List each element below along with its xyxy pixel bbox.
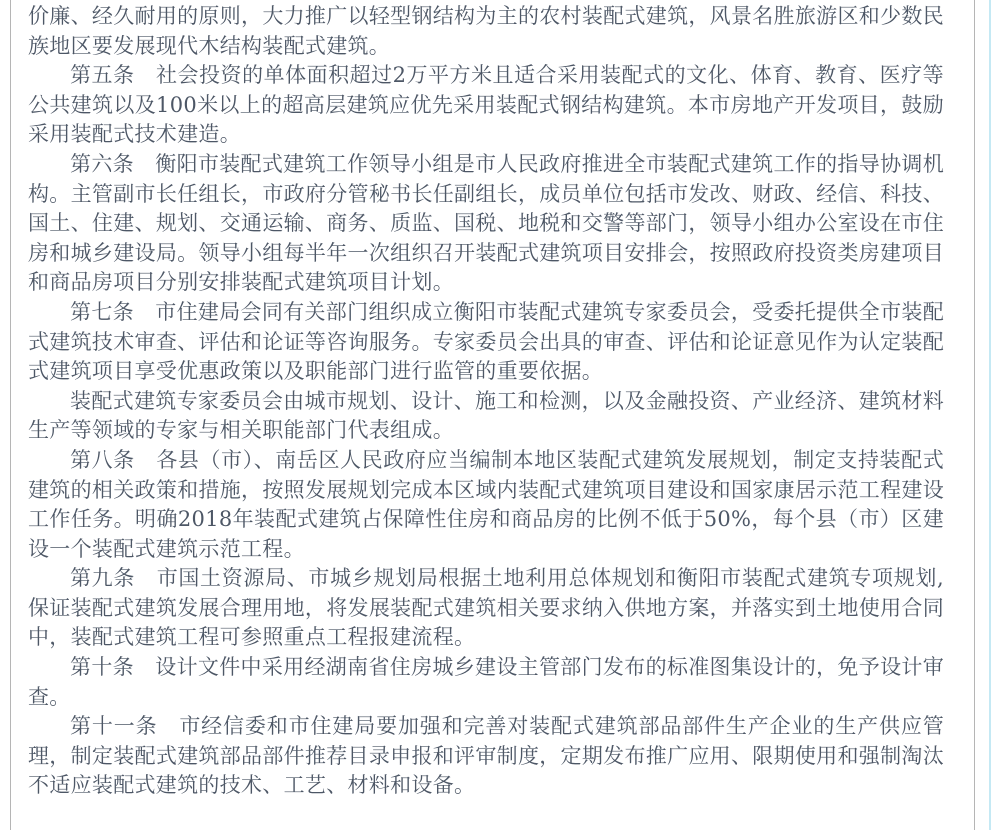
paragraph: 第五条 社会投资的单体面积超过2万平方米且适合采用装配式的文化、体育、教育、医疗… — [28, 61, 944, 150]
document-page: 价廉、经久耐用的原则，大力推广以轻型钢结构为主的农村装配式建筑，风景名胜旅游区和… — [10, 0, 975, 830]
paragraph: 价廉、经久耐用的原则，大力推广以轻型钢结构为主的农村装配式建筑，风景名胜旅游区和… — [28, 2, 944, 61]
paragraph: 第九条 市国土资源局、市城乡规划局根据土地利用总体规划和衡阳市装配式建筑专项规划… — [28, 564, 944, 653]
paragraph: 装配式建筑专家委员会由城市规划、设计、施工和检测，以及金融投资、产业经济、建筑材… — [28, 387, 944, 446]
right-edge-line — [989, 0, 991, 830]
document-viewport: 价廉、经久耐用的原则，大力推广以轻型钢结构为主的农村装配式建筑，风景名胜旅游区和… — [0, 0, 999, 830]
paragraph: 第七条 市住建局会同有关部门组织成立衡阳市装配式建筑专家委员会，受委托提供全市装… — [28, 298, 944, 387]
paragraph: 第六条 衡阳市装配式建筑工作领导小组是市人民政府推进全市装配式建筑工作的指导协调… — [28, 150, 944, 298]
paragraph: 第十条 设计文件中采用经湖南省住房城乡建设主管部门发布的标准图集设计的，免予设计… — [28, 653, 944, 712]
paragraph: 第十一条 市经信委和市住建局要加强和完善对装配式建筑部品部件生产企业的生产供应管… — [28, 712, 944, 801]
paragraph: 第八条 各县（市）、南岳区人民政府应当编制本地区装配式建筑发展规划，制定支持装配… — [28, 446, 944, 564]
